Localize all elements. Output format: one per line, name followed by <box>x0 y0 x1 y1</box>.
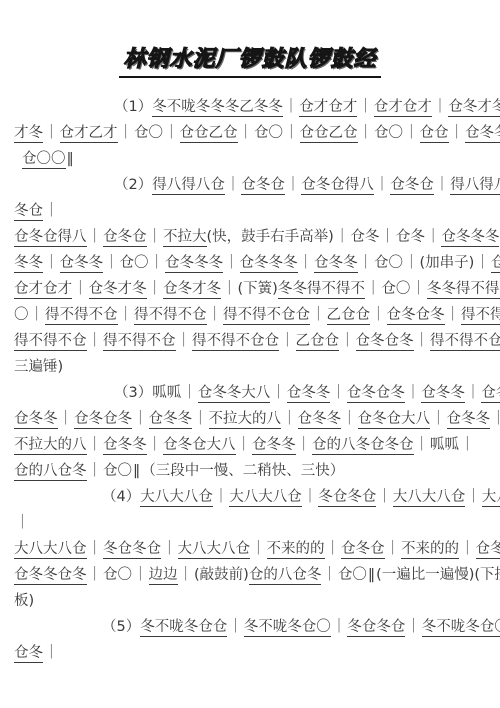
score-phrase: 仓〇 <box>254 125 283 141</box>
score-phrase: 仓冬冬大八 <box>198 385 271 403</box>
score-line: 三遍锤) <box>14 354 486 380</box>
score-phrase: 仓冬冬冬 <box>441 229 499 247</box>
score-phrase: 才冬 <box>14 125 43 143</box>
bar-separator: ｜ <box>181 385 198 401</box>
bar-separator: ｜ <box>385 541 402 557</box>
score-phrase: 冬冬得不得不 <box>427 281 500 299</box>
score-phrase: 仓〇 <box>381 281 410 297</box>
score-line: 仓冬仓得八｜仓冬仓｜不拉大(快，鼓手右手高举)｜仓冬｜仓冬｜仓冬冬冬｜仓冬 <box>14 224 486 250</box>
bar-separator: ｜ <box>14 515 31 531</box>
bar-separator: ｜ <box>43 255 60 271</box>
score-phrase: 仓冬冬 <box>447 411 491 429</box>
score-line: 才冬｜仓才乙才｜仓〇｜仓仓乙仓｜仓〇｜仓仓乙仓｜仓〇｜仓仓｜仓冬冬仓冬｜ <box>14 120 486 146</box>
bar-separator: ｜ <box>283 125 300 141</box>
score-line: 板) <box>14 588 486 614</box>
score-phrase: 仓〇 <box>374 255 403 271</box>
bar-separator: ｜ <box>370 307 387 323</box>
score-phrase: 得不得不仓 <box>461 307 500 325</box>
bar-separator: ｜ <box>207 307 224 323</box>
bar-separator: ｜ <box>213 489 230 505</box>
score-phrase: 仓仓乙仓 <box>180 125 238 143</box>
annotation-note: (加串子) <box>420 255 475 271</box>
annotation-note: (下簧) <box>238 281 278 297</box>
score-phrase: 仓冬仓大八 <box>358 411 431 429</box>
score-phrase: 乙仓仓 <box>327 307 371 325</box>
bar-separator: ｜ <box>58 411 75 427</box>
bar-separator: ｜ <box>365 281 382 297</box>
bar-separator: ｜ <box>459 541 476 557</box>
score-line: 不拉大的八｜仓冬冬｜仓冬仓大八｜仓冬冬｜仓的八冬仓冬仓｜呱呱｜ <box>14 432 486 458</box>
score-phrase: 仓冬仓得八 <box>14 229 87 247</box>
bar-separator: ｜ <box>414 437 431 453</box>
score-line: 仓冬冬｜仓冬仓冬｜仓冬冬｜不拉大的八｜仓冬冬｜仓冬仓大八｜仓冬冬｜ <box>14 406 486 432</box>
bar-separator: ｜ <box>29 307 46 323</box>
score-phrase: 仓冬冬 <box>287 385 331 403</box>
score-line: ｜ <box>14 510 486 536</box>
score-phrase: 仓的八仓冬 <box>14 463 87 481</box>
score-line: 仓才仓才｜仓冬才冬｜仓冬才冬｜(下簧)冬冬得不得不｜仓〇｜冬冬得不得不｜仓 <box>14 276 486 302</box>
score-phrase: 大八大八仓 <box>229 489 302 507</box>
bar-separator: ｜ <box>72 281 89 297</box>
score-phrase: 仓冬仓 <box>341 541 385 559</box>
score-phrase: 仓仓乙仓 <box>300 125 358 143</box>
score-phrase: 大八大八仓 <box>14 541 87 559</box>
score-phrase: 仓〇 <box>134 125 163 141</box>
bar-separator: ｜ <box>325 541 342 557</box>
score-phrase: 冬不咙冬仓仓 <box>140 619 227 637</box>
score-phrase: 冬不咙冬仓〇 <box>422 619 500 637</box>
score-phrase: 得不得不仓 <box>430 333 500 351</box>
annotation-note: （三段中一慢、二稍快、三快） <box>141 463 344 479</box>
bar-separator: ｜ <box>132 567 149 583</box>
score-phrase: 仓冬仓 <box>390 177 434 195</box>
score-phrase: 大八大八仓 <box>178 541 251 559</box>
bar-separator: ｜ <box>434 177 451 193</box>
score-phrase: 大八大八仓 <box>482 489 500 507</box>
score-phrase: 冬仓冬仓 <box>318 489 376 507</box>
bar-separator: ｜ <box>118 307 135 323</box>
bar-separator: ｜ <box>432 99 449 115</box>
score-phrase: 仓冬仓冬 <box>387 307 445 325</box>
score-phrase: 不拉大 <box>163 229 207 247</box>
bar-separator: ｜ <box>225 177 242 193</box>
score-phrase: 得八得八仓 <box>450 177 500 195</box>
score-phrase: 仓冬仓冬 <box>356 333 414 351</box>
bar-separator: ｜ <box>414 333 431 349</box>
score-phrase: 仓冬仓大八 <box>163 437 236 455</box>
bar-separator: ｜ <box>358 255 375 271</box>
score-phrase: 不来的的 <box>401 541 459 559</box>
bar-separator: ｜ <box>310 307 327 323</box>
bar-separator: ｜ <box>192 411 209 427</box>
score-phrase: 仓冬冬 <box>314 255 358 273</box>
annotation-note: (敲鼓前) <box>194 567 249 583</box>
score-phrase: 仓才乙才 <box>60 125 118 143</box>
bar-separator: ｜ <box>87 541 104 557</box>
bar-separator: ｜ <box>474 255 491 271</box>
bar-separator: ｜ <box>403 125 420 141</box>
score-phrase: 仓的八仓冬 <box>249 567 322 585</box>
score-phrase: 仓冬才冬 <box>89 281 147 299</box>
score-phrase: 仓冬仓 <box>103 229 147 247</box>
score-phrase: 仓冬冬冬 <box>165 255 223 273</box>
score-phrase: 冬冬 <box>14 255 43 273</box>
score-phrase: 乙仓仓 <box>296 333 340 351</box>
score-phrase: 仓冬冬大八 <box>481 385 500 403</box>
bar-separator: ｜ <box>149 255 166 271</box>
score-line: （5）冬不咙冬仓仓｜冬不咙冬仓〇｜冬仓冬仓｜冬不咙冬仓〇｜仓冬 <box>14 614 486 640</box>
score-phrase: 仓冬冬仓冬 <box>465 125 500 143</box>
score-phrase: 仓冬仓冬 <box>347 385 405 403</box>
bar-separator: ｜ <box>298 255 315 271</box>
score-line: 大八大八仓｜冬仓冬仓｜大八大八仓｜不来的的｜仓冬仓｜不来的的｜仓冬仓｜ <box>14 536 486 562</box>
document-page: 林钢水泥厂锣鼓队锣鼓经 （1）冬不咙冬冬冬乙冬冬｜仓才仓才｜仓才仓才｜仓冬才冬｜… <box>0 42 500 666</box>
score-phrase: 得不得不仓仓 <box>223 307 310 325</box>
bar-separator: ｜ <box>403 255 420 271</box>
bar-separator: ｜ <box>405 385 422 401</box>
score-phrase: 冬仓冬仓 <box>347 619 405 637</box>
bar-separator: ｜ <box>270 385 287 401</box>
score-line: （2）得八得八仓｜仓冬仓｜仓冬仓得八｜仓冬仓｜得八得八仓｜仓 <box>14 172 486 198</box>
score-phrase: 仓冬冬 <box>149 411 193 429</box>
score-phrase: 仓冬 <box>396 229 425 245</box>
paragraph-number: （3） <box>114 385 152 401</box>
bar-separator: ｜ <box>283 99 300 115</box>
bar-separator: ｜ <box>238 125 255 141</box>
score-phrase: 仓冬冬仓冬 <box>14 567 87 585</box>
bar-separator: ｜ <box>339 333 356 349</box>
annotation-note: 三遍锤) <box>14 359 63 375</box>
score-phrase: 仓冬仓 <box>476 541 500 559</box>
bar-separator: ｜ <box>132 411 149 427</box>
bar-separator: ｜ <box>459 437 476 453</box>
score-line: 仓的八仓冬｜仓〇‖（三段中一慢、二稍快、三快） <box>14 458 486 484</box>
double-bar-separator: ‖ <box>132 463 141 479</box>
double-bar-separator: ‖ <box>66 151 75 167</box>
score-phrase: 仓〇〇 <box>22 151 66 169</box>
score-phrase: 仓冬冬 <box>14 411 58 429</box>
score-phrase: 大八大八仓 <box>393 489 466 507</box>
score-phrase: 仓冬冬 <box>298 411 342 429</box>
score-phrase: 得八得八仓 <box>152 177 225 195</box>
bar-separator: ｜ <box>490 411 500 427</box>
bar-separator: ｜ <box>285 177 302 193</box>
score-phrase: 冬仓冬仓 <box>103 541 161 559</box>
bar-separator: ｜ <box>161 541 178 557</box>
score-phrase: 得不得不仓 <box>45 307 118 325</box>
bar-separator: ｜ <box>465 489 482 505</box>
score-phrase: 得不得不仓 <box>134 307 207 325</box>
score-line: （1）冬不咙冬冬冬乙冬冬｜仓才仓才｜仓才仓才｜仓冬才冬｜仓冬 <box>14 94 486 120</box>
score-phrase: 仓冬冬冬 <box>240 255 298 273</box>
score-phrase: 仓仓 <box>420 125 449 143</box>
paragraph-number: （1） <box>114 99 152 115</box>
score-phrase: 仓才仓才 <box>299 99 357 117</box>
bar-separator: ｜ <box>87 567 104 583</box>
bar-separator: ｜ <box>376 489 393 505</box>
bar-separator: ｜ <box>410 281 427 297</box>
bar-separator: ｜ <box>279 333 296 349</box>
score-line: 冬仓｜ <box>14 198 486 224</box>
score-phrase: 仓冬仓 <box>241 177 285 195</box>
bar-separator: ｜ <box>331 619 348 635</box>
annotation-note: (一遍比一遍慢)(下接行路 <box>376 567 500 583</box>
score-phrase: 不拉大的八 <box>209 411 282 429</box>
bar-separator: ｜ <box>449 125 466 141</box>
score-phrase: 仓〇 <box>338 567 367 583</box>
score-phrase: 仓冬冬 <box>60 255 104 273</box>
score-line: 仓冬｜ <box>14 640 486 666</box>
score-phrase: 呱呱 <box>430 437 459 453</box>
bar-separator: ｜ <box>43 125 60 141</box>
paragraph-number: （2） <box>114 177 152 193</box>
bar-separator: ｜ <box>281 411 298 427</box>
score-phrase: 呱呱 <box>152 385 181 401</box>
score-phrase: 冬不咙冬仓〇 <box>244 619 331 637</box>
score-line: 冬冬｜仓冬冬｜仓〇｜仓冬冬冬｜仓冬冬冬｜仓冬冬｜仓〇｜(加串子)｜仓才仓才｜ <box>14 250 486 276</box>
score-phrase: 仓冬冬 <box>103 437 147 455</box>
bar-separator: ｜ <box>87 463 104 479</box>
annotation-note: 板) <box>14 593 34 609</box>
score-phrase: 仓才仓才 <box>14 281 72 299</box>
bar-separator: ｜ <box>321 567 338 583</box>
score-phrase: 得不得不仓 <box>14 333 87 351</box>
bar-separator: ｜ <box>425 229 442 245</box>
bar-separator: ｜ <box>358 125 375 141</box>
score-phrase: 得不得不仓仓 <box>192 333 279 351</box>
score-phrase: 边边 <box>149 567 178 585</box>
bar-separator: ｜ <box>43 645 60 661</box>
score-phrase: 仓冬仓得八 <box>301 177 374 195</box>
score-phrase: 仓冬冬 <box>421 385 465 403</box>
score-phrase: 大八大八仓 <box>140 489 213 507</box>
paragraph-number: （5） <box>102 619 140 635</box>
bar-separator: ｜ <box>227 619 244 635</box>
double-bar-separator: ‖ <box>367 567 376 583</box>
bar-separator: ｜ <box>176 333 193 349</box>
score-phrase: 仓冬才冬 <box>163 281 221 299</box>
annotation-note: (快，鼓手右手高举) <box>207 229 334 245</box>
bar-separator: ｜ <box>430 411 447 427</box>
bar-separator: ｜ <box>357 99 374 115</box>
score-line: 〇｜得不得不仓｜得不得不仓｜得不得不仓仓｜乙仓仓｜仓冬仓冬｜得不得不仓｜ <box>14 302 486 328</box>
bar-separator: ｜ <box>118 125 135 141</box>
bar-separator: ｜ <box>465 385 482 401</box>
score-phrase: 〇 <box>14 307 29 323</box>
score-phrase: 仓〇 <box>103 567 132 583</box>
score-phrase: 仓冬仓冬 <box>74 411 132 429</box>
score-line: 得不得不仓｜得不得不仓｜得不得不仓仓｜乙仓仓｜仓冬仓冬｜得不得不仓‖(接 <box>14 328 486 354</box>
bar-separator: ｜ <box>87 437 104 453</box>
score-phrase: 冬冬得不得不 <box>278 281 365 299</box>
score-phrase: 仓冬才冬 <box>448 99 500 117</box>
bar-separator: ｜ <box>103 255 120 271</box>
score-phrase: 仓冬冬 <box>252 437 296 455</box>
score-phrase: 仓的八冬仓冬仓 <box>312 437 414 455</box>
score-line: （3）呱呱｜仓冬冬大八｜仓冬冬｜仓冬仓冬｜仓冬冬｜仓冬冬大八｜ <box>14 380 486 406</box>
bar-separator: ｜ <box>330 385 347 401</box>
score-phrase: 冬不咙冬冬冬乙冬冬 <box>152 99 283 117</box>
bar-separator: ｜ <box>147 229 164 245</box>
bar-separator: ｜ <box>334 229 351 245</box>
bar-separator: ｜ <box>250 541 267 557</box>
score-line: （4）大八大八仓｜大八大八仓｜冬仓冬仓｜大八大八仓｜大八大八仓 <box>14 484 486 510</box>
score-phrase: 不来的的 <box>267 541 325 559</box>
bar-separator: ｜ <box>87 229 104 245</box>
bar-separator: ｜ <box>43 203 60 219</box>
bar-separator: ｜ <box>374 177 391 193</box>
score-phrase: 仓冬 <box>14 645 43 663</box>
bar-separator: ｜ <box>147 281 164 297</box>
score-phrase: 仓〇 <box>374 125 403 141</box>
bar-separator: ｜ <box>405 619 422 635</box>
score-phrase: 仓才仓才 <box>491 255 500 273</box>
score-phrase: 冬仓 <box>14 203 43 221</box>
score-phrase: 得不得不仓 <box>103 333 176 351</box>
bar-separator: ｜ <box>147 437 164 453</box>
score-phrase: 仓冬 <box>350 229 379 245</box>
drum-score-body: （1）冬不咙冬冬冬乙冬冬｜仓才仓才｜仓才仓才｜仓冬才冬｜仓冬才冬｜仓才乙才｜仓〇… <box>14 94 486 666</box>
page-title: 林钢水泥厂锣鼓队锣鼓经 <box>119 42 380 78</box>
score-line: 仓〇〇‖ <box>14 146 486 172</box>
bar-separator: ｜ <box>341 411 358 427</box>
bar-separator: ｜ <box>445 307 462 323</box>
bar-separator: ｜ <box>236 437 253 453</box>
bar-separator: ｜ <box>178 567 195 583</box>
bar-separator: ｜ <box>221 281 238 297</box>
bar-separator: ｜ <box>163 125 180 141</box>
score-phrase: 仓才仓才 <box>374 99 432 117</box>
paragraph-number: （4） <box>102 489 140 505</box>
bar-separator: ｜ <box>87 333 104 349</box>
bar-separator: ｜ <box>296 437 313 453</box>
title-block: 林钢水泥厂锣鼓队锣鼓经 <box>14 42 486 78</box>
bar-separator: ｜ <box>379 229 396 245</box>
bar-separator: ｜ <box>302 489 319 505</box>
score-phrase: 仓〇 <box>103 463 132 479</box>
score-line: 仓冬冬仓冬｜仓〇｜边边｜(敲鼓前)仓的八仓冬｜仓〇‖(一遍比一遍慢)(下接行路 <box>14 562 486 588</box>
bar-separator: ｜ <box>223 255 240 271</box>
score-phrase: 仓〇 <box>120 255 149 271</box>
score-phrase: 不拉大的八 <box>14 437 87 455</box>
